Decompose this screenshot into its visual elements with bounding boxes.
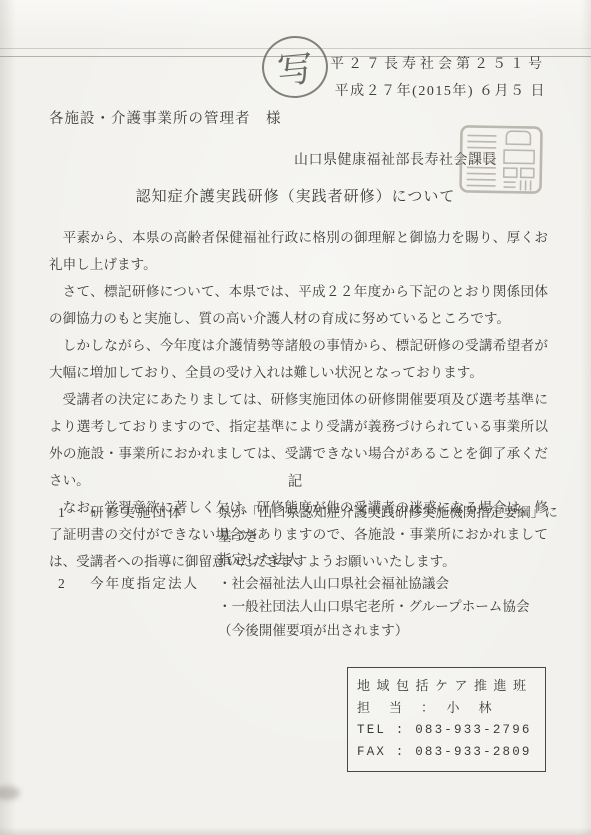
- document-title: 認知症介護実践研修（実践者研修）について: [0, 185, 591, 206]
- contact-unit: 地域包括ケア推進班: [357, 675, 536, 697]
- paragraph: 平素から、本県の高齢者保健福祉行政に格別の御理解と御協力を賜り、厚くお礼申し上げ…: [49, 224, 548, 278]
- contact-person: 担 当 ： 小 林: [357, 697, 536, 719]
- scan-smudge: [0, 786, 20, 800]
- list-item: 2 今年度指定法人 ・社会福祉法人山口県社会福祉協議会 ・一般社団法人山口県宅老…: [58, 572, 558, 643]
- document-header: 平２７長寿社会第２５１号 平成２７年(2015年) ６月５ 日: [330, 53, 546, 100]
- document-date: 平成２７年(2015年) ６月５ 日: [330, 80, 546, 100]
- scanned-letter-page: 写 平２７長寿社会第２５１号 平成２７年(2015年) ６月５ 日 各施設・介護…: [0, 0, 591, 835]
- item-line: ・社会福祉法人山口県社会福祉協議会: [218, 572, 558, 596]
- item-content: 県が「山口県認知症介護実践研修実施機関指定要綱」に基づき 指定した法人: [218, 501, 558, 572]
- item-term: 研修実施団体: [90, 501, 218, 525]
- item-line: 指定した法人: [218, 548, 558, 572]
- list-item: 1 研修実施団体 県が「山口県認知症介護実践研修実施機関指定要綱」に基づき 指定…: [58, 501, 558, 572]
- itemized-list: 1 研修実施団体 県が「山口県認知症介護実践研修実施機関指定要綱」に基づき 指定…: [58, 501, 558, 642]
- copy-stamp-character: 写: [275, 40, 315, 94]
- item-number: 1: [58, 501, 90, 525]
- item-line: （今後開催要項が出されます）: [218, 619, 558, 643]
- item-term: 今年度指定法人: [90, 572, 218, 596]
- item-content: ・社会福祉法人山口県社会福祉協議会 ・一般社団法人山口県宅老所・グループホーム協…: [218, 572, 558, 643]
- item-line: 県が「山口県認知症介護実践研修実施機関指定要綱」に基づき: [218, 501, 558, 548]
- item-line: ・一般社団法人山口県宅老所・グループホーム協会: [218, 595, 558, 619]
- addressee: 各施設・介護事業所の管理者 様: [49, 107, 282, 128]
- contact-tel: TEL : 083-933-2796: [357, 719, 536, 741]
- item-number: 2: [58, 572, 90, 596]
- paragraph: さて、標記研修について、本県では、平成２２年度から下記のとおり関係団体の御協力の…: [49, 278, 548, 332]
- document-number: 平２７長寿社会第２５１号: [330, 53, 546, 73]
- contact-fax: FAX : 083-933-2809: [357, 741, 536, 763]
- record-marker: 記: [0, 470, 591, 491]
- copy-stamp-icon: 写: [259, 33, 330, 101]
- contact-box: 地域包括ケア推進班 担 当 ： 小 林 TEL : 083-933-2796 F…: [347, 667, 546, 772]
- paragraph: しかしながら、今年度は介護情勢等諸般の事情から、標記研修の受講希望者が大幅に増加…: [49, 332, 548, 386]
